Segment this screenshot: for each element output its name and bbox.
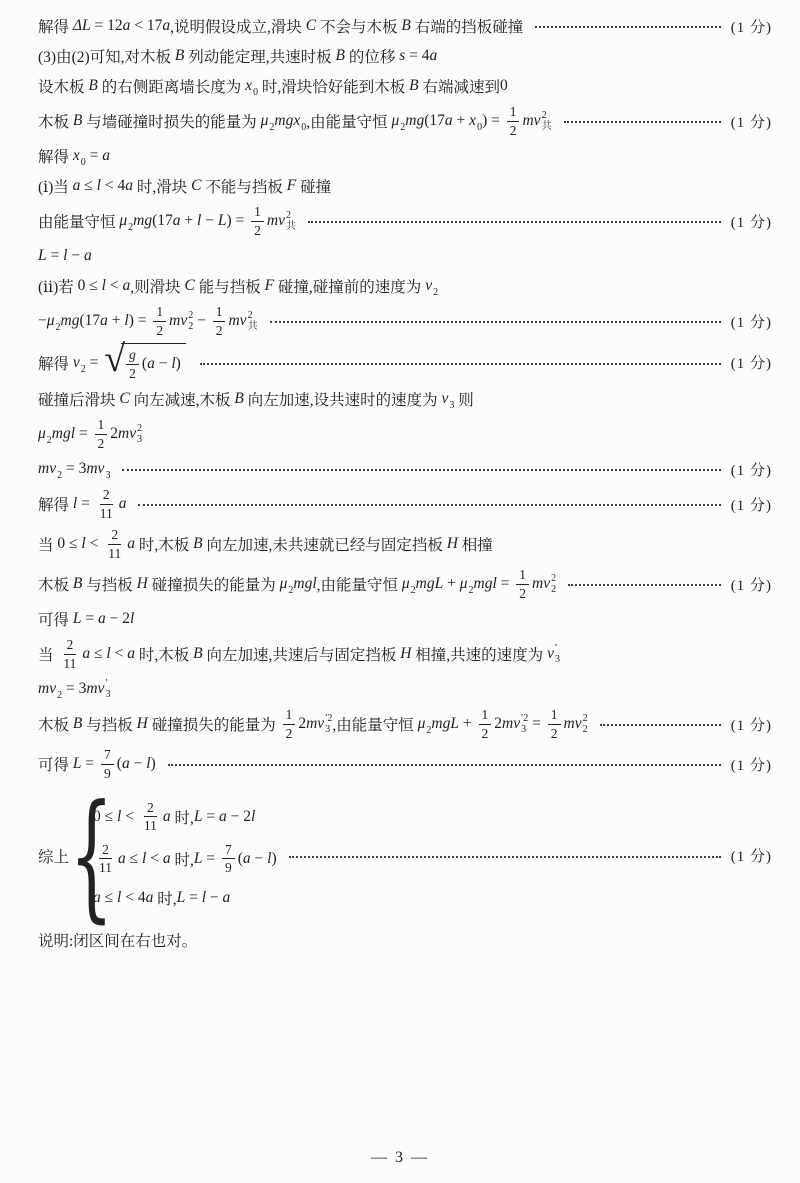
text-run: 不能与挡板 — [201, 175, 286, 197]
line-content: L = l − a — [38, 247, 92, 265]
math-run: − — [206, 889, 223, 907]
document-line: mv2 = 3mv′3 — [38, 676, 772, 702]
math-run: = — [75, 425, 92, 443]
fraction: 12 — [153, 304, 166, 338]
math-run: < — [106, 277, 123, 295]
math-base: v — [547, 645, 554, 663]
text-run: 相撞,共速的速度为 — [411, 643, 547, 665]
math-run: = — [86, 147, 103, 165]
math-run: a — [219, 808, 227, 826]
math-run: B — [73, 715, 82, 733]
supsub-column: ′23 — [521, 713, 528, 736]
math-run: = — [77, 495, 94, 513]
math-run: 0 ≤ — [78, 277, 102, 295]
math-run: mg — [274, 112, 293, 130]
math-run: = — [185, 889, 202, 907]
math-base: v — [513, 715, 520, 733]
math-base: v — [425, 277, 432, 295]
math-run: = 4 — [405, 47, 429, 65]
fraction-numerator: 1 — [213, 304, 226, 322]
document-line: 设木板 B 的右侧距离墙长度为 x0 时,滑块恰好能到木板 B 右端减速到0 — [38, 73, 772, 99]
text-run: ,由能量守恒 — [332, 713, 417, 735]
document-line: μ2mgl = 122mv23 — [38, 416, 772, 452]
math-run: B — [234, 390, 243, 408]
math-run: m — [502, 715, 513, 733]
math-run: a — [163, 808, 171, 826]
fraction-numerator: 2 — [100, 487, 113, 505]
superscript: ′2 — [521, 713, 528, 725]
math-sub-group: μ2 — [418, 715, 432, 733]
dot-leader — [289, 856, 721, 858]
math-run: = — [82, 610, 99, 628]
math-sub-group: v2 — [425, 277, 438, 295]
math-sub-group: v2 — [49, 680, 62, 698]
math-run: H — [400, 645, 411, 663]
math-run: mg — [61, 312, 80, 330]
math-base: x — [73, 147, 80, 165]
math-base: μ — [38, 425, 46, 443]
fraction-denominator: 11 — [97, 505, 116, 522]
fraction-numerator: g — [126, 347, 139, 365]
text-run: 的右侧距离墙长度为 — [98, 75, 245, 97]
dot-leader — [270, 321, 721, 323]
left-brace-symbol: { — [70, 790, 87, 921]
math-base: v — [49, 680, 56, 698]
text-run: 与挡板 — [82, 573, 136, 595]
math-run: B — [73, 575, 82, 593]
math-run: = — [47, 247, 64, 265]
math-run: < — [121, 808, 138, 826]
text-run: 的位移 — [345, 45, 399, 67]
math-run: mg — [133, 212, 152, 230]
subscript: 3 — [449, 400, 454, 411]
math-run: ) = — [482, 112, 504, 130]
math-run: = — [82, 755, 99, 773]
math-run: − — [67, 247, 84, 265]
math-run: a — [73, 177, 81, 195]
math-run: a — [223, 889, 231, 907]
math-run: < 4 — [101, 177, 125, 195]
math-supsub-group: v22 — [180, 310, 193, 333]
document-line: (ⅱ)若 0 ≤ l < a,则滑块 C 能与挡板 F 碰撞,碰撞前的速度为 v… — [38, 273, 772, 299]
fraction: 12 — [548, 707, 561, 741]
radicand: g2(a − l) — [121, 343, 186, 382]
text-run: 木板 — [38, 713, 73, 735]
fraction-denominator: 11 — [60, 655, 79, 672]
math-run: ) — [271, 850, 276, 868]
line-content: (ⅰ)当 a ≤ l < 4a 时,滑块 C 不能与挡板 F 碰撞 — [38, 175, 331, 197]
math-run: B — [175, 47, 184, 65]
subscript: 2 — [433, 287, 438, 298]
document-line: 可得 L = 79(a − l)(1 分) — [38, 746, 772, 782]
math-run: m — [306, 715, 317, 733]
supsub-column: 22 — [551, 573, 556, 596]
text-run: 时,滑块恰好能到木板 — [258, 75, 409, 97]
text-run: 设木板 — [38, 75, 88, 97]
subscript: 2 — [56, 322, 61, 333]
math-run: − — [251, 850, 268, 868]
fraction-denominator: 2 — [548, 725, 561, 742]
subscript: 2 — [400, 122, 405, 133]
subscript: 2 — [128, 222, 133, 233]
math-base: v — [129, 425, 136, 443]
math-run: H — [137, 715, 148, 733]
fraction-denominator: 2 — [95, 435, 108, 452]
document-page: 解得 ΔL = 12a < 17a,说明假设成立,滑块 C 不会与木板 B 右端… — [0, 0, 800, 1183]
math-base: v — [575, 715, 582, 733]
text-run: 向左加速,未共速就已经与固定挡板 — [203, 533, 447, 555]
text-run: 由能量守恒 — [38, 210, 119, 232]
fraction-numerator: 1 — [516, 567, 529, 585]
math-run: + — [459, 715, 476, 733]
superscript: 2 — [137, 423, 142, 435]
math-run: a — [102, 147, 110, 165]
fraction-numerator: 7 — [101, 747, 114, 765]
math-run: L — [177, 889, 186, 907]
subscript: 2 — [81, 364, 86, 375]
line-content: mv2 = 3mv′3 — [38, 678, 110, 701]
math-run: a — [430, 47, 438, 65]
subscript: 2 — [288, 585, 293, 596]
subscript: 2 — [411, 585, 416, 596]
subscript: 3 — [555, 654, 560, 666]
math-run: a — [118, 850, 126, 868]
text-run: 说明:闭区间在右也对。 — [38, 929, 197, 951]
document-line: 说明:闭区间在右也对。 — [38, 927, 772, 953]
subscript: 共 — [248, 321, 258, 333]
math-base: v — [534, 112, 541, 130]
math-run: = — [497, 575, 514, 593]
subscript: 2 — [469, 585, 474, 596]
fraction-numerator: 1 — [95, 417, 108, 435]
supsub-column: 22 — [583, 713, 588, 736]
dot-leader — [168, 764, 721, 766]
supsub-column: 23 — [137, 423, 142, 446]
math-run: L — [73, 755, 82, 773]
cases-label: 综上 — [38, 845, 69, 867]
math-run: < 17 — [130, 17, 162, 35]
text-run: ,由能量守恒 — [306, 110, 391, 132]
math-base: x — [469, 112, 476, 130]
document-line: 解得 ΔL = 12a < 17a,说明假设成立,滑块 C 不会与木板 B 右端… — [38, 13, 772, 39]
math-base: μ — [119, 212, 127, 230]
fraction-denominator: 2 — [516, 585, 529, 602]
line-content: 木板 B 与挡板 H 碰撞损失的能量为 μ2mgl,由能量守恒 μ2mgL + … — [38, 566, 556, 602]
math-run: − — [201, 212, 218, 230]
page-number: — 3 — — [0, 1149, 800, 1167]
sqrt-radical: √g2(a − l) — [104, 343, 186, 382]
text-run: 碰撞后滑块 — [38, 388, 119, 410]
math-run: L — [38, 247, 47, 265]
case-row: 211a ≤ l < a 时,L = 79(a − l) — [93, 841, 277, 877]
math-base: v — [98, 680, 105, 698]
subscript: 2 — [57, 470, 62, 481]
line-content: (3)由(2)可知,对木板 B 列动能定理,共速时板 B 的位移 s = 4a — [38, 45, 437, 67]
math-base: v — [98, 460, 105, 478]
text-run: (ⅱ)若 — [38, 275, 78, 297]
math-sub-group: μ2 — [392, 112, 406, 130]
math-supsub-group: v22 — [575, 713, 588, 736]
line-content: mv2 = 3mv3 — [38, 460, 110, 478]
math-base: v — [441, 390, 448, 408]
math-run: (17 — [152, 212, 173, 230]
dot-leader — [122, 469, 720, 471]
fraction-denominator: 2 — [153, 322, 166, 339]
fraction-denominator: 9 — [222, 859, 235, 876]
math-run: ) = — [129, 312, 151, 330]
text-run: 可得 — [38, 753, 73, 775]
math-run: 2 — [110, 425, 118, 443]
document-line: mv2 = 3mv3(1 分) — [38, 456, 772, 482]
math-run: (17 — [79, 312, 100, 330]
text-run: 碰撞损失的能量为 — [148, 713, 280, 735]
math-sub-group: μ2 — [38, 425, 52, 443]
text-run: 向左减速,木板 — [130, 388, 235, 410]
math-base: μ — [418, 715, 426, 733]
math-run: B — [193, 535, 202, 553]
case-row: a ≤ l < 4a 时,L = l − a — [93, 883, 277, 913]
score-mark: (1 分) — [731, 845, 772, 866]
math-sub-group: μ2 — [261, 112, 275, 130]
math-run: m — [228, 312, 239, 330]
text-run: 右端减速到 — [419, 75, 500, 97]
math-run: B — [401, 17, 410, 35]
fraction-numerator: 1 — [548, 707, 561, 725]
text-run: 时,木板 — [135, 533, 193, 555]
document-line: 当 0 ≤ l < 211a 时,木板 B 向左加速,未共速就已经与固定挡板 H… — [38, 526, 772, 562]
superscript: ′2 — [325, 713, 332, 725]
math-sub-group: μ2 — [119, 212, 133, 230]
subscript: 共 — [542, 121, 552, 133]
math-sub-group: v2 — [73, 354, 86, 372]
math-run: B — [193, 645, 202, 663]
math-run: 0 — [500, 77, 508, 95]
document-line: 碰撞后滑块 C 向左减速,木板 B 向左加速,设共速时的速度为 v3 则 — [38, 386, 772, 412]
math-run: a — [163, 850, 171, 868]
subscript: 共 — [286, 221, 296, 233]
dot-leader — [600, 724, 721, 726]
math-base: μ — [392, 112, 400, 130]
math-run: m — [532, 575, 543, 593]
score-mark: (1 分) — [731, 494, 772, 515]
math-run: = — [202, 850, 219, 868]
math-run: a — [122, 277, 130, 295]
line-content: 由能量守恒 μ2mg(17a + l − L) = 12mv2共 — [38, 203, 296, 239]
math-run: a — [125, 177, 133, 195]
subscript: 2 — [47, 435, 52, 446]
math-run: ΔL — [73, 17, 91, 35]
fraction-numerator: 1 — [507, 104, 520, 122]
score-mark: (1 分) — [731, 459, 772, 480]
fraction-denominator: 2 — [126, 365, 139, 382]
math-run: m — [522, 112, 533, 130]
math-sub-group: v3 — [441, 390, 454, 408]
text-run: 与挡板 — [82, 713, 136, 735]
math-run: = — [86, 354, 103, 372]
text-run: ,由能量守恒 — [317, 573, 402, 595]
math-base: v — [49, 460, 56, 478]
line-content: 解得 ΔL = 12a < 17a,说明假设成立,滑块 C 不会与木板 B 右端… — [38, 15, 523, 37]
math-run: − — [193, 312, 210, 330]
math-run: L — [73, 610, 82, 628]
math-base: v — [278, 212, 285, 230]
text-run: 解得 — [38, 493, 73, 515]
line-content: (ⅱ)若 0 ≤ l < a,则滑块 C 能与挡板 F 碰撞,碰撞前的速度为 v… — [38, 275, 438, 297]
supsub-column: 2共 — [542, 110, 552, 133]
math-sub-group: v2 — [49, 460, 62, 478]
document-line: 可得 L = a − 2l — [38, 606, 772, 632]
answer-solution-body: 解得 ΔL = 12a < 17a,说明假设成立,滑块 C 不会与木板 B 右端… — [38, 13, 772, 953]
math-run: = — [528, 715, 545, 733]
math-base: μ — [280, 575, 288, 593]
text-run: (ⅰ)当 — [38, 175, 73, 197]
subscript: 0 — [81, 157, 86, 168]
math-run: m — [38, 460, 49, 478]
dot-leader — [138, 504, 720, 506]
fraction: 12 — [283, 707, 296, 741]
math-run: m — [118, 425, 129, 443]
math-run: ≤ — [90, 645, 106, 663]
fraction-denominator: 2 — [507, 122, 520, 139]
text-run: 时, — [171, 848, 194, 870]
fraction: 12 — [479, 707, 492, 741]
math-run: a — [127, 535, 135, 553]
math-base: x — [245, 77, 252, 95]
superscript: ′ — [555, 643, 557, 655]
math-sub-group: v3 — [98, 460, 111, 478]
math-run: mgL — [416, 575, 444, 593]
document-line: 解得 v2 = √g2(a − l)(1 分) — [38, 343, 772, 382]
math-run: a — [123, 17, 131, 35]
text-run: 与墙碰撞时损失的能量为 — [82, 110, 260, 132]
math-run: mg — [405, 112, 424, 130]
subscript: 2 — [269, 122, 274, 133]
math-run: mgl — [474, 575, 497, 593]
math-run: a — [84, 247, 92, 265]
math-base: v — [73, 354, 80, 372]
math-run: l — [251, 808, 255, 826]
document-line: 当 211a ≤ l < a 时,木板 B 向左加速,共速后与固定挡板 H 相撞… — [38, 636, 772, 672]
text-run: 时,木板 — [135, 643, 193, 665]
math-run: − 2 — [106, 610, 130, 628]
text-run: 右端的挡板碰撞 — [411, 15, 523, 37]
math-sub-group: x0 — [73, 147, 86, 165]
math-run: a — [100, 312, 108, 330]
math-run: = 3 — [62, 460, 86, 478]
line-content: 解得 l = 211a — [38, 486, 126, 522]
text-run: 解得 — [38, 15, 73, 37]
text-run: 时, — [153, 887, 176, 909]
fraction: 211 — [141, 800, 160, 834]
math-run: + — [453, 112, 470, 130]
document-line: 由能量守恒 μ2mg(17a + l − L) = 12mv2共(1 分) — [38, 203, 772, 239]
text-run: 解得 — [38, 352, 73, 374]
subscript: 3 — [105, 470, 110, 481]
line-content: 解得 x0 = a — [38, 145, 110, 167]
text-run: ,说明假设成立,滑块 — [170, 15, 306, 37]
math-base: v — [240, 312, 247, 330]
fraction-numerator: 1 — [153, 304, 166, 322]
fraction: 211 — [105, 527, 124, 561]
math-run: a — [119, 495, 127, 513]
text-run: 木板 — [38, 573, 73, 595]
text-run: 碰撞 — [296, 175, 331, 197]
line-content: 当 0 ≤ l < 211a 时,木板 B 向左加速,未共速就已经与固定挡板 H… — [38, 526, 493, 562]
supsub-column: 2共 — [286, 210, 296, 233]
math-base: μ — [261, 112, 269, 130]
math-run: − — [155, 355, 172, 373]
math-run: a — [173, 212, 181, 230]
math-supsub-group: v2共 — [278, 210, 296, 233]
text-run: 当 — [38, 643, 57, 665]
text-run: ,则滑块 — [130, 275, 184, 297]
subscript: 3 — [137, 434, 142, 446]
math-run: − — [130, 755, 147, 773]
subscript: 2 — [57, 690, 62, 701]
math-supsub-group: v′3 — [547, 643, 560, 666]
cases-rows: 0 ≤ l < 211a 时,L = a − 2l211a ≤ l < a 时,… — [93, 799, 277, 913]
score-mark: (1 分) — [731, 211, 772, 232]
text-run: 解得 — [38, 145, 73, 167]
score-mark: (1 分) — [731, 311, 772, 332]
math-run: + — [108, 312, 125, 330]
math-run: 2 — [298, 715, 306, 733]
fraction-denominator: 11 — [141, 817, 160, 834]
math-run: m — [169, 312, 180, 330]
text-run: 列动能定理,共速时板 — [184, 45, 335, 67]
text-run: 不会与木板 — [316, 15, 401, 37]
text-run: 向左加速,共速后与固定挡板 — [203, 643, 401, 665]
document-line: (3)由(2)可知,对木板 B 列动能定理,共速时板 B 的位移 s = 4a — [38, 43, 772, 69]
math-run: < — [86, 535, 103, 553]
math-run: mgl — [293, 575, 316, 593]
math-run: + — [443, 575, 460, 593]
superscript: ′ — [105, 678, 107, 690]
subscript: 0 — [477, 122, 482, 133]
fraction-denominator: 2 — [479, 725, 492, 742]
fraction-numerator: 7 — [222, 842, 235, 860]
math-base: v — [543, 575, 550, 593]
score-mark: (1 分) — [731, 111, 772, 132]
case-row: 0 ≤ l < 211a 时,L = a − 2l — [93, 799, 277, 835]
text-run: 则 — [454, 388, 473, 410]
text-run: 碰撞,碰撞前的速度为 — [274, 275, 425, 297]
score-mark: (1 分) — [731, 574, 772, 595]
text-run: 能与挡板 — [195, 275, 265, 297]
math-base: v — [180, 312, 187, 330]
math-sub-group: x0 — [245, 77, 258, 95]
math-run: a — [162, 17, 170, 35]
math-run: ≤ — [126, 850, 142, 868]
math-run: a — [146, 889, 154, 907]
math-run: C — [119, 390, 129, 408]
math-run: C — [191, 177, 201, 195]
score-mark: (1 分) — [731, 16, 772, 37]
fraction-numerator: 1 — [479, 707, 492, 725]
math-sub-group: x0 — [293, 112, 306, 130]
line-content: 解得 v2 = √g2(a − l) — [38, 343, 188, 382]
math-run: H — [447, 535, 458, 553]
fraction: 211 — [97, 487, 116, 521]
fraction-numerator: 1 — [251, 204, 264, 222]
math-run: L — [194, 808, 203, 826]
math-base: v — [317, 715, 324, 733]
line-content: −μ2mg(17a + l) = 12mv22 − 12mv2共 — [38, 303, 258, 339]
math-supsub-group: v2共 — [534, 110, 552, 133]
supsub-column: 2共 — [248, 310, 258, 333]
fraction-denominator: 2 — [251, 222, 264, 239]
dot-leader — [200, 363, 721, 365]
